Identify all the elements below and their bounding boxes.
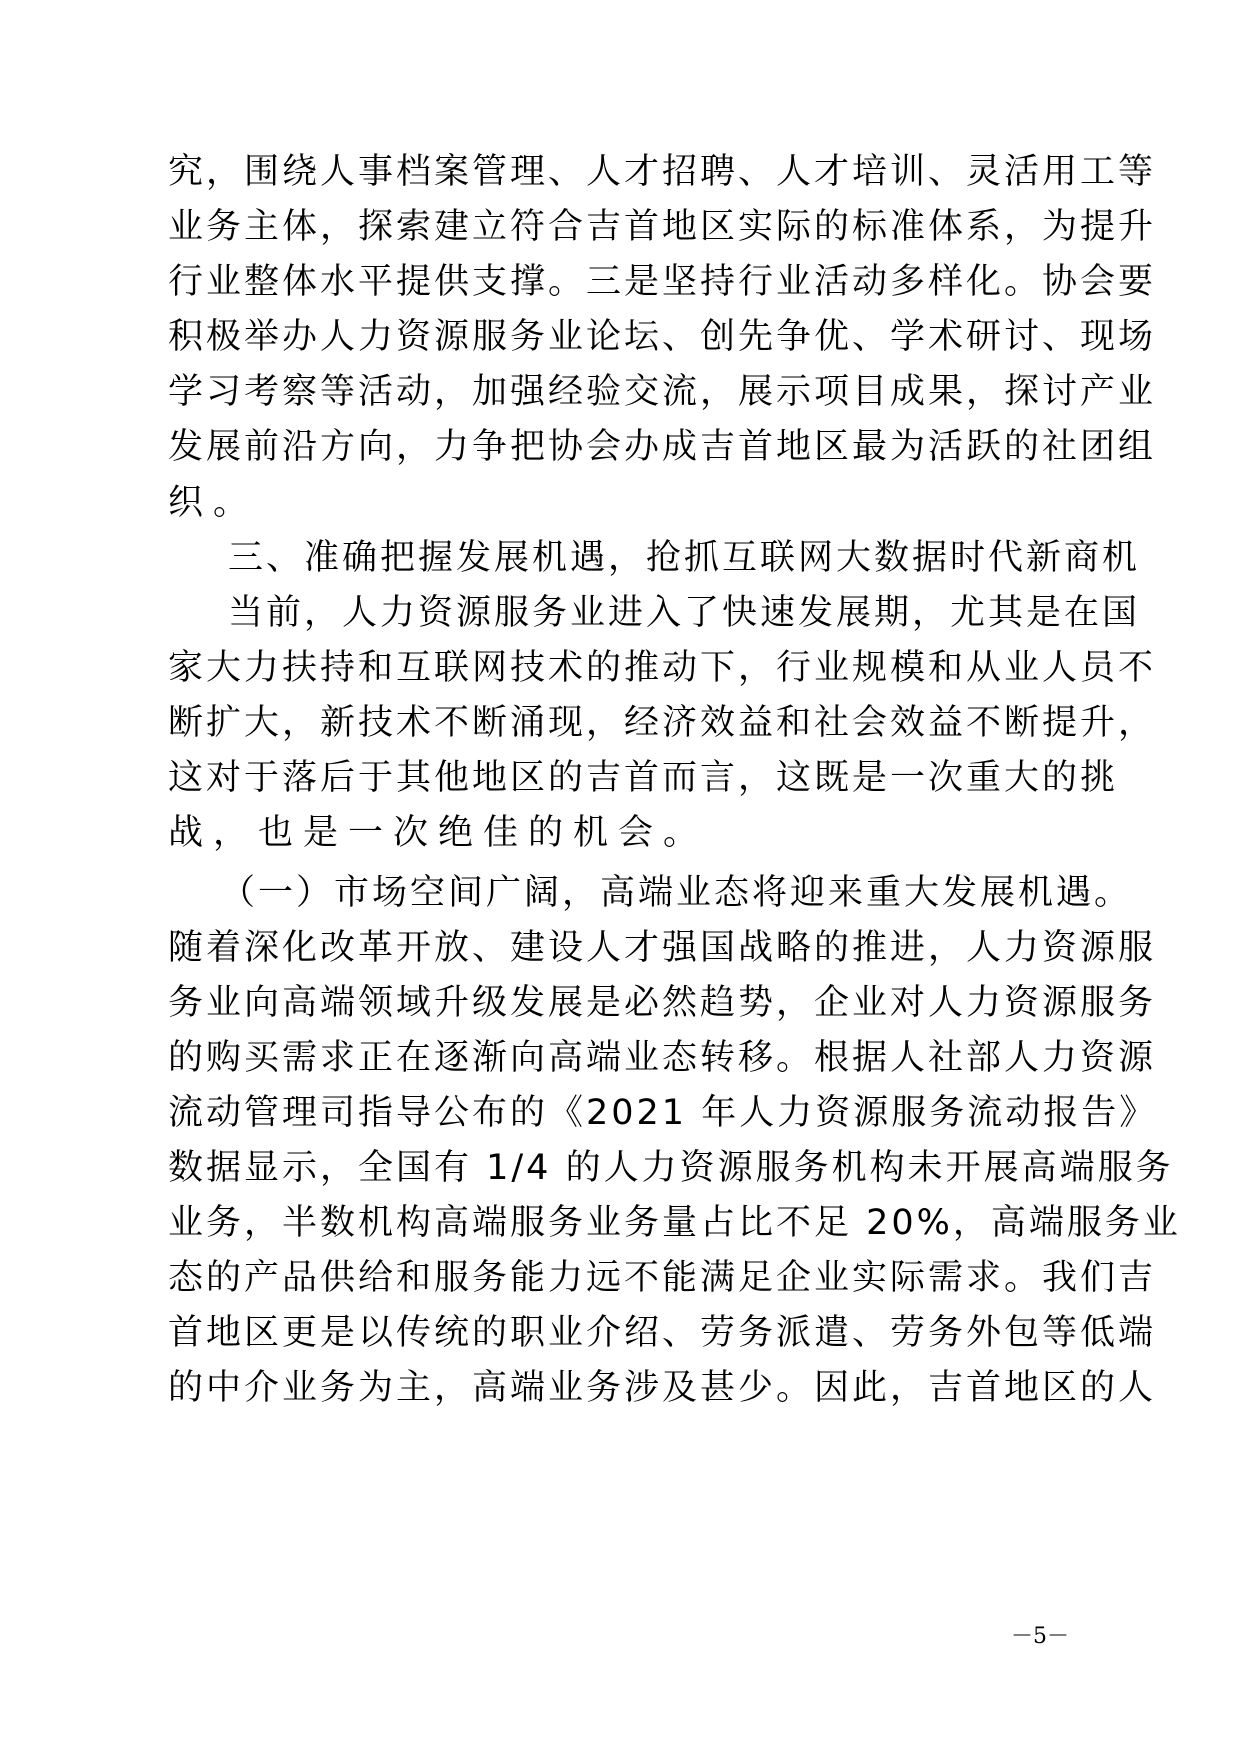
body-line: 这对于落后于其他地区的吉首而言，这既是一次重大的挑	[168, 753, 948, 803]
body-line-text: 战，也是一次绝佳的机会。	[168, 808, 948, 858]
body-line-text: 的中介业务为主，高端业务涉及甚少。因此，吉首地区的人	[168, 1363, 948, 1413]
body-line: 随着深化改革开放、建设人才强国战略的推进，人力资源服	[168, 923, 948, 973]
body-line-text: 务业向高端领域升级发展是必然趋势，企业对人力资源服务	[168, 978, 948, 1028]
body-line-text: 的购买需求正在逐渐向高端业态转移。根据人社部人力资源	[168, 1033, 948, 1083]
body-line-text: 学习考察等活动，加强经验交流，展示项目成果，探讨产业	[168, 367, 948, 417]
body-line-text: 究，围绕人事档案管理、人才招聘、人才培训、灵活用工等	[168, 147, 948, 197]
body-line-text: 行业整体水平提供支撑。三是坚持行业活动多样化。协会要	[168, 257, 948, 307]
body-line-text: 断扩大，新技术不断涌现，经济效益和社会效益不断提升，	[168, 698, 948, 748]
body-line: 的购买需求正在逐渐向高端业态转移。根据人社部人力资源	[168, 1033, 948, 1083]
body-line: 家大力扶持和互联网技术的推动下，行业规模和从业人员不	[168, 643, 948, 693]
body-line-text: 流动管理司指导公布的《2021 年人力资源服务流动报告》	[168, 1088, 948, 1138]
body-line: 业务，半数机构高端服务业务量占比不足 20%，高端服务业	[168, 1198, 948, 1248]
body-line: 的中介业务为主，高端业务涉及甚少。因此，吉首地区的人	[168, 1363, 948, 1413]
body-line-text: 当前，人力资源服务业进入了快速发展期，尤其是在国	[228, 588, 948, 638]
body-line: 发展前沿方向，力争把协会办成吉首地区最为活跃的社团组	[168, 422, 948, 472]
body-line-text: 织。	[168, 478, 948, 528]
document-page: 究，围绕人事档案管理、人才招聘、人才培训、灵活用工等 业务主体，探索建立符合吉首…	[0, 0, 1240, 1753]
body-line: 究，围绕人事档案管理、人才招聘、人才培训、灵活用工等	[168, 147, 948, 197]
body-line-text: 家大力扶持和互联网技术的推动下，行业规模和从业人员不	[168, 643, 948, 693]
body-line-text: 这对于落后于其他地区的吉首而言，这既是一次重大的挑	[168, 753, 948, 803]
body-line: 织。	[168, 478, 948, 528]
subsection-heading-text: （一）市场空间广阔，高端业态将迎来重大发展机遇。	[220, 868, 948, 918]
body-line-text: 数据显示，全国有 1/4 的人力资源服务机构未开展高端服务	[168, 1143, 948, 1193]
body-line: 行业整体水平提供支撑。三是坚持行业活动多样化。协会要	[168, 257, 948, 307]
body-line: 当前，人力资源服务业进入了快速发展期，尤其是在国	[228, 588, 948, 638]
page-number: －5－	[990, 1622, 1090, 1652]
body-line: 务业向高端领域升级发展是必然趋势，企业对人力资源服务	[168, 978, 948, 1028]
body-line: 断扩大，新技术不断涌现，经济效益和社会效益不断提升，	[168, 698, 948, 748]
body-line: 积极举办人力资源服务业论坛、创先争优、学术研讨、现场	[168, 312, 948, 362]
body-line-text: 积极举办人力资源服务业论坛、创先争优、学术研讨、现场	[168, 312, 948, 362]
body-line: 数据显示，全国有 1/4 的人力资源服务机构未开展高端服务	[168, 1143, 948, 1193]
body-line: 首地区更是以传统的职业介绍、劳务派遣、劳务外包等低端	[168, 1308, 948, 1358]
body-line-text: 态的产品供给和服务能力远不能满足企业实际需求。我们吉	[168, 1253, 948, 1303]
body-line-text: 首地区更是以传统的职业介绍、劳务派遣、劳务外包等低端	[168, 1308, 948, 1358]
body-line-text: 业务，半数机构高端服务业务量占比不足 20%，高端服务业	[168, 1198, 948, 1248]
body-line: 态的产品供给和服务能力远不能满足企业实际需求。我们吉	[168, 1253, 948, 1303]
body-line: 战，也是一次绝佳的机会。	[168, 808, 948, 858]
body-line-text: 发展前沿方向，力争把协会办成吉首地区最为活跃的社团组	[168, 422, 948, 472]
body-line: 业务主体，探索建立符合吉首地区实际的标准体系，为提升	[168, 202, 948, 252]
body-line: 学习考察等活动，加强经验交流，展示项目成果，探讨产业	[168, 367, 948, 417]
body-line: 流动管理司指导公布的《2021 年人力资源服务流动报告》	[168, 1088, 948, 1138]
subsection-heading: （一）市场空间广阔，高端业态将迎来重大发展机遇。	[220, 868, 948, 918]
section-heading-text: 三、准确把握发展机遇，抢抓互联网大数据时代新商机	[228, 533, 948, 583]
section-heading: 三、准确把握发展机遇，抢抓互联网大数据时代新商机	[228, 533, 948, 583]
body-line-text: 业务主体，探索建立符合吉首地区实际的标准体系，为提升	[168, 202, 948, 252]
body-line-text: 随着深化改革开放、建设人才强国战略的推进，人力资源服	[168, 923, 948, 973]
